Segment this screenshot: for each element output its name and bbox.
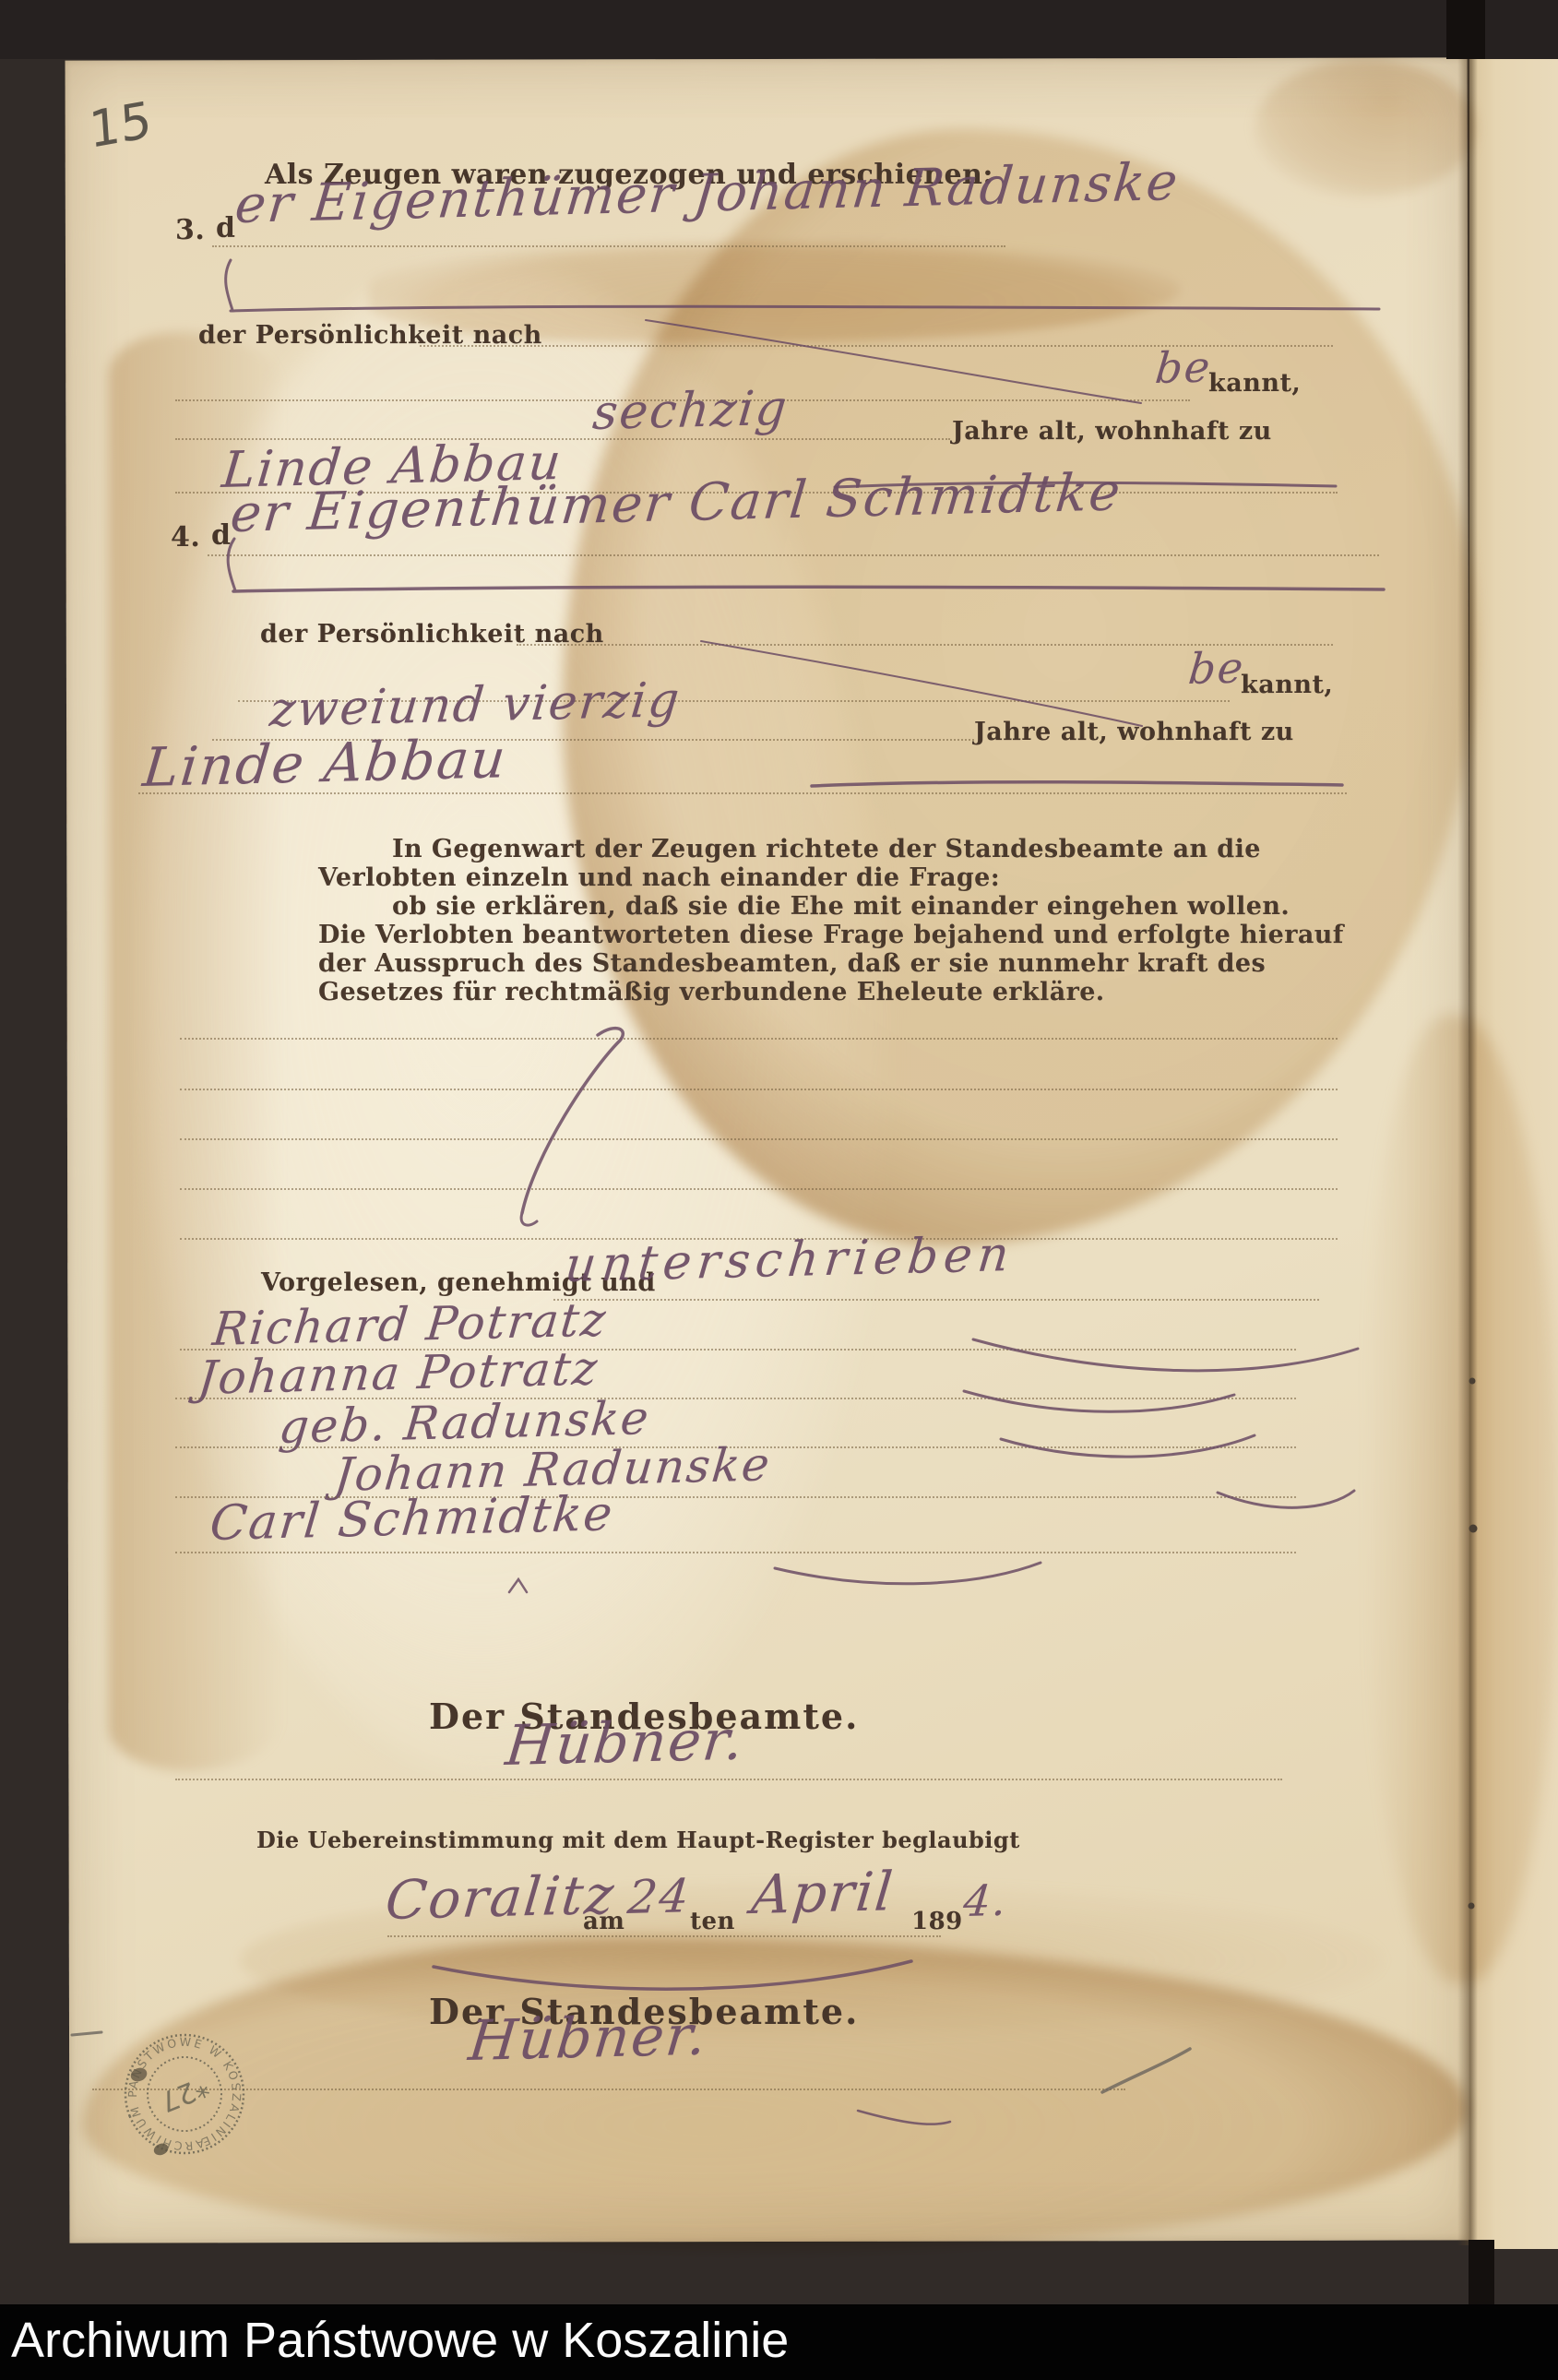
dotted-rule <box>180 1138 1338 1140</box>
registrar-signature: Hübner. <box>503 1708 747 1779</box>
archive-caption-bar: Archiwum Państwowe w Koszalinie <box>0 2304 1558 2380</box>
certification-month-handwriting: April <box>749 1860 897 1926</box>
dotted-rule <box>553 1299 1319 1301</box>
closing-handwriting: unterschrieben <box>563 1227 1017 1293</box>
binding-tab-bottom <box>1469 2240 1494 2308</box>
witness3-age-handwriting: sechzig <box>590 381 791 441</box>
dotted-rule <box>180 1089 1338 1090</box>
dotted-rule <box>212 245 1005 247</box>
dotted-rule <box>180 1038 1338 1040</box>
dotted-rule <box>175 1552 1296 1553</box>
declaration-line: Die Verlobten beantworteten diese Frage … <box>318 921 1344 949</box>
declaration-line: der Ausspruch des Standesbeamten, daß er… <box>318 949 1266 978</box>
signature-carl-schmidtke: Carl Schmidtke <box>208 1486 616 1552</box>
witness4-residence-handwriting: Linde Abbau <box>140 727 510 799</box>
declaration-line: In Gegenwart der Zeugen richtete der Sta… <box>392 835 1261 863</box>
binding-fold <box>1457 59 1478 2245</box>
declaration-line: Gesetzes für rechtmäßig verbundene Ehele… <box>318 978 1105 1006</box>
certification-am: am <box>583 1908 624 1935</box>
certification-year-printed: 189 <box>911 1908 963 1935</box>
registrar-signature-2: Hübner. <box>466 2003 710 2074</box>
certification-printed: Die Uebereinstimmung mit dem Haupt-Regis… <box>256 1827 1020 1853</box>
witness3-age-printed: Jahre alt, wohnhaft zu <box>952 417 1272 446</box>
dotted-rule <box>387 1935 941 1937</box>
page-number-pencil: 15 <box>87 90 153 160</box>
witness4-number: 4. <box>171 521 200 553</box>
certification-ten: ten <box>690 1908 735 1935</box>
archival-scan: { "page_number": "15", "form": { "headin… <box>0 0 1558 2380</box>
dotted-rule <box>138 792 1347 794</box>
witness4-age-printed: Jahre alt, wohnhaft zu <box>974 718 1294 746</box>
certification-year-handwriting: 4. <box>961 1875 1010 1926</box>
certification-day-handwriting: 24 <box>625 1869 693 1924</box>
dotted-rule <box>180 1188 1338 1190</box>
witness3-known-printed: kannt, <box>1208 369 1301 398</box>
dotted-rule <box>175 1779 1282 1780</box>
stamp-number: *27 <box>156 2069 213 2117</box>
scan-background-top <box>0 0 1558 59</box>
adjacent-page-edge <box>1469 59 1558 2249</box>
declaration-line: ob sie erklären, daß sie die Ehe mit ein… <box>392 892 1290 921</box>
witness3-known-handwriting: be <box>1153 341 1214 393</box>
binding-tab-top <box>1446 0 1485 59</box>
dotted-rule <box>208 554 1379 556</box>
declaration-line: Verlobten einzeln und nach einander die … <box>318 863 1000 892</box>
witness4-known-printed: kannt, <box>1241 671 1333 699</box>
archive-caption-text: Archiwum Państwowe w Koszalinie <box>11 2312 789 2369</box>
witness3-number: 3. <box>175 214 205 246</box>
witness4-known-handwriting: be <box>1186 642 1247 694</box>
